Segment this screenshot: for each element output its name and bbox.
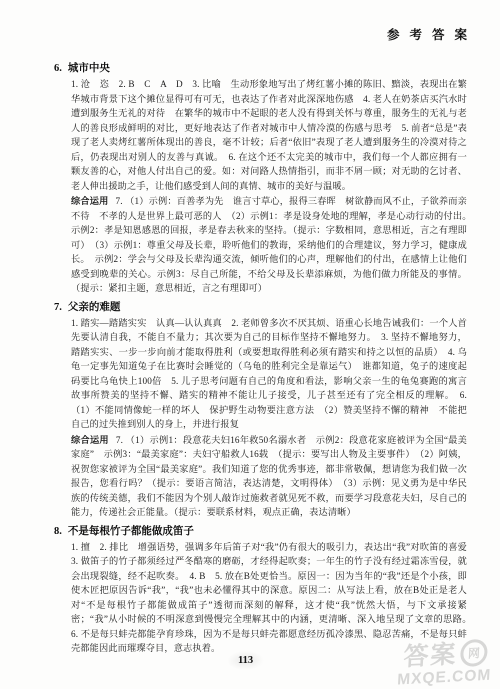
section-number: 7.	[54, 302, 62, 313]
section-heading: 6.城市中央	[54, 61, 467, 77]
answer-text: 1. 沧 恣 2. B C A D 3. 比喻 生动形象地写出了烤红薯小摊的陈旧…	[71, 79, 467, 191]
answer-paragraph: 1. 沧 恣 2. B C A D 3. 比喻 生动形象地写出了烤红薯小摊的陈旧…	[54, 77, 467, 193]
section-fathers-problem: 7.父亲的难题 1. 踏实—踏踏实实 认真—认认真真 2. 老师曾多次不厌其烦、…	[54, 300, 467, 520]
section-title: 父亲的难题	[68, 302, 121, 313]
comprehensive-use-label: 综合运用	[71, 196, 108, 206]
answer-text: 7. （1）示例1：段意花夫妇16年救50名溺水者 示例2：段意花家庭被评为全国…	[71, 435, 467, 518]
answers-content: 6.城市中央 1. 沧 恣 2. B C A D 3. 比喻 生动形象地写出了烤…	[54, 57, 467, 660]
section-city-center: 6.城市中央 1. 沧 恣 2. B C A D 3. 比喻 生动形象地写出了烤…	[54, 61, 467, 296]
section-heading: 7.父亲的难题	[54, 300, 467, 316]
section-title: 不是每根竹子都能做成笛子	[68, 526, 194, 537]
comprehensive-use-label: 综合运用	[71, 435, 109, 445]
section-heading: 8.不是每根竹子都能做成笛子	[54, 524, 467, 540]
watermark-net-badge-icon: 网	[460, 639, 488, 668]
answer-paragraph-comprehensive: 综合运用7. （1）示例：百善孝为先 谁言寸草心，报得三春晖 树欲静而风不止，子…	[54, 194, 467, 296]
section-number: 6.	[54, 63, 62, 74]
page-header-title: 参考答案	[387, 25, 477, 43]
section-title: 城市中央	[68, 63, 110, 74]
page-number: 113	[222, 648, 269, 673]
answer-paragraph-comprehensive: 综合运用7. （1）示例1：段意花夫妇16年救50名溺水者 示例2：段意花家庭被…	[54, 433, 467, 520]
answer-text: 7. （1）示例：百善孝为先 谁言寸草心，报得三春晖 树欲静而风不止，子欲养而亲…	[71, 196, 476, 293]
answer-text: 1. 擅 2. 排比 增强语势，强调多年后笛子对“我”仍有很大的吸引力，表达出“…	[71, 542, 476, 654]
section-bamboo-flute: 8.不是每根竹子都能做成笛子 1. 擅 2. 排比 增强语势，强调多年后笛子对“…	[54, 524, 467, 656]
answer-text: 1. 踏实—踏踏实实 认真—认认真真 2. 老师曾多次不厌其烦、语重心长地告诫我…	[71, 318, 467, 430]
answer-paragraph: 1. 踏实—踏踏实实 认真—认认真真 2. 老师曾多次不厌其烦、语重心长地告诫我…	[54, 316, 467, 432]
answer-key-page: 参考答案 6.城市中央 1. 沧 恣 2. B C A D 3. 比喻 生动形象…	[0, 0, 500, 689]
answers-site-watermark: 答案 网 MXQE.COM	[389, 638, 500, 689]
answer-paragraph: 1. 擅 2. 排比 增强语势，强调多年后笛子对“我”仍有很大的吸引力，表达出“…	[54, 540, 467, 656]
watermark-text: 答案	[403, 641, 458, 670]
section-number: 8.	[54, 526, 62, 537]
